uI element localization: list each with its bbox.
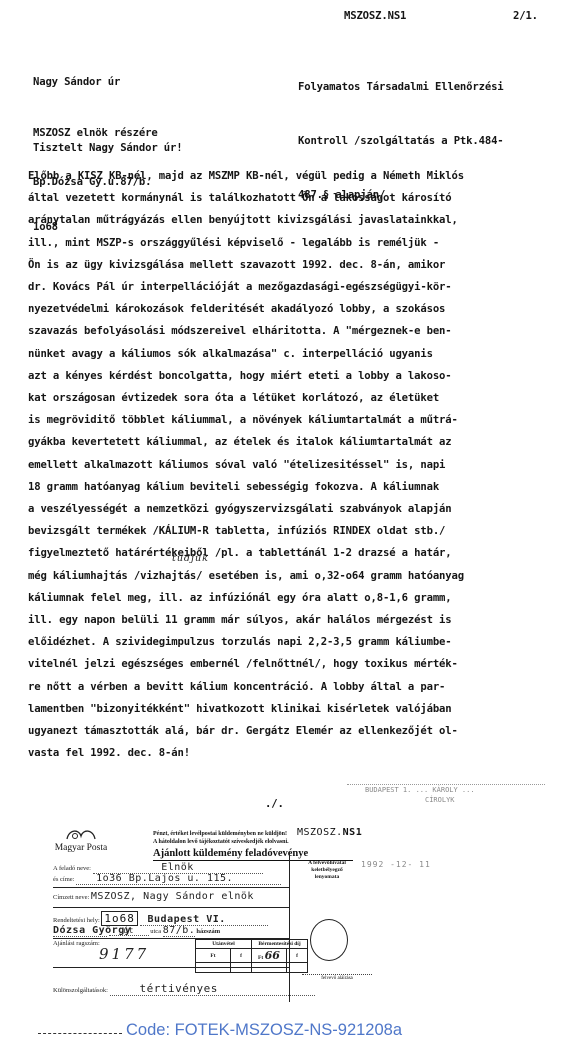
subject-line: Folyamatos Társadalmi Ellenőrzési: [298, 78, 504, 96]
letter-line: 18 gramm hatóanyag kálium beviteli sebes…: [28, 476, 464, 498]
clerk-signature-label: felvevő aláírása: [302, 974, 372, 981]
letter-line: nyezetvédelmi károkozások felderitését a…: [28, 298, 464, 320]
letter-greeting: Tisztelt Nagy Sándor úr!: [33, 142, 182, 154]
date-stamp: 1992 -12- 11: [361, 860, 431, 869]
letter-line: lamentben "bizonyitékként" hivatkozott k…: [28, 698, 464, 720]
letter-line: bevizsgált termékek /KÁLIUM-R tabletta, …: [28, 520, 464, 542]
letter-line: még káliumhajtás /vizhajtás/ esetében is…: [28, 565, 464, 587]
slip-reference-stamp: MSZOSZ.NS1: [297, 827, 362, 838]
letter-line: káliumnak felel meg, ill. az infúziónál …: [28, 587, 464, 609]
cod-header: Utánvétel: [196, 940, 252, 949]
letter-line: kat országosan évtizedek sora óta a létü…: [28, 387, 464, 409]
registered-mail-receipt: BUDAPEST 1. ... KÁROLY ... CÍROLYK Magya…: [45, 812, 515, 1012]
special-services-row: Különszolgáltatások: tértivényes: [53, 982, 315, 996]
letter-line: Ön is az ügy kivizsgálása mellett szavaz…: [28, 254, 464, 276]
magyar-posta-logo: Magyar Posta: [53, 827, 109, 853]
letter-line: vitelnél jelzi egészséges embernél /feln…: [28, 653, 464, 675]
recipient-line: Nagy Sándor úr: [33, 74, 158, 91]
letter-line: dr. Kovács Pál úr interpellációját a mez…: [28, 276, 464, 298]
page-number: 2/1.: [513, 10, 538, 22]
addressee-row: Címzett neve: MSZOSZ, Nagy Sándor elnök: [53, 891, 254, 902]
addressee-name: MSZOSZ, Nagy Sándor elnök: [91, 891, 254, 902]
recipient-line: MSZOSZ elnök részére: [33, 125, 158, 142]
handwritten-insert: tudjuk: [172, 553, 209, 564]
destination-row: Rendeltetési hely: 1o68 Budapest VI.: [53, 911, 268, 926]
letter-line: aránytalan műtrágyázás ellen benyújtott …: [28, 209, 464, 231]
end-mark: ./.: [265, 798, 284, 810]
letter-line: által vezetett kormánynál is találkozhat…: [28, 187, 464, 209]
letter-line: ill. egy napon belüli 11 gramm már súlyo…: [28, 609, 464, 631]
office-stamp-label: A felvevőhivatal keletbélyegző lenyomata: [297, 860, 357, 881]
letter-line: a veszélyességét a nemzetközi gyógyszerv…: [28, 498, 464, 520]
sender-name: Elnök: [161, 862, 194, 873]
destination-zip: 1o68: [101, 911, 138, 926]
letter-line: figyelmeztető határértékeiből /pl. a tab…: [28, 542, 464, 564]
letter-line: nünket avagy a káliumos sók alkalmazása"…: [28, 343, 464, 365]
document-reference: MSZOSZ.NS1: [344, 10, 406, 22]
letter-line: előidézhet. A szividegimpulzus torzulás …: [28, 631, 464, 653]
postmark-circle: [310, 919, 348, 961]
sender-address: 1o36 Bp.Lajos u. 115.: [96, 873, 233, 884]
letter-line: vasta fel 1992. dec. 8-án!: [28, 742, 464, 764]
special-services: tértivényes: [140, 982, 218, 995]
divider: [38, 1033, 122, 1034]
document-code: Code: FOTEK-MSZOSZ-NS-921208a: [126, 1021, 402, 1040]
posthorn-icon: [64, 827, 98, 843]
letter-line: ill., mint MSZP-s országgyűlési képvisel…: [28, 232, 464, 254]
letter-line: gyákba kevertetett káliummal, az ételek …: [28, 431, 464, 453]
postage-fee: 66: [265, 949, 280, 962]
post-office-stamp: BUDAPEST 1. ... KÁROLY ... CÍROLYK: [347, 784, 545, 811]
letter-line: is megröviditő többlet káliummal, a növé…: [28, 409, 464, 431]
subject-line: Kontroll /szolgáltatás a Ptk.484-: [298, 132, 504, 150]
logo-text: Magyar Posta: [53, 843, 109, 853]
letter-line: re nőtt a vérben a bevitt kálium koncent…: [28, 676, 464, 698]
letter-line: emellett alkalmazott káliumos sóval való…: [28, 454, 464, 476]
registration-number: 9177: [99, 945, 149, 963]
postage-header: Bérmentesítési díj: [252, 940, 308, 949]
warning-text: Pénzt, értéket levélpostai küldeményben …: [153, 830, 289, 846]
letter-line: szavazás befolyásolási módszereivel elhá…: [28, 320, 464, 342]
house-number: 87/b.: [163, 925, 196, 936]
letter-line: azt a kényes kérdést boncolgatta, hogy m…: [28, 365, 464, 387]
registration-row: Ajánlási ragszám:: [53, 940, 100, 947]
letter-line: Előbb a KISZ KB-nél, majd az MSZMP KB-né…: [28, 165, 464, 187]
street-row: Dózsa György út utca 87/b. házszám: [53, 925, 220, 937]
letter-body: Előbb a KISZ KB-nél, majd az MSZMP KB-né…: [28, 165, 464, 764]
sender-address-row: és címe: 1o36 Bp.Lajos u. 115.: [53, 873, 281, 885]
street-type: út: [123, 926, 134, 935]
letter-line: ugyanezt támasztották alá, bár dr. Gergá…: [28, 720, 464, 742]
destination-city: Budapest VI.: [148, 914, 226, 925]
